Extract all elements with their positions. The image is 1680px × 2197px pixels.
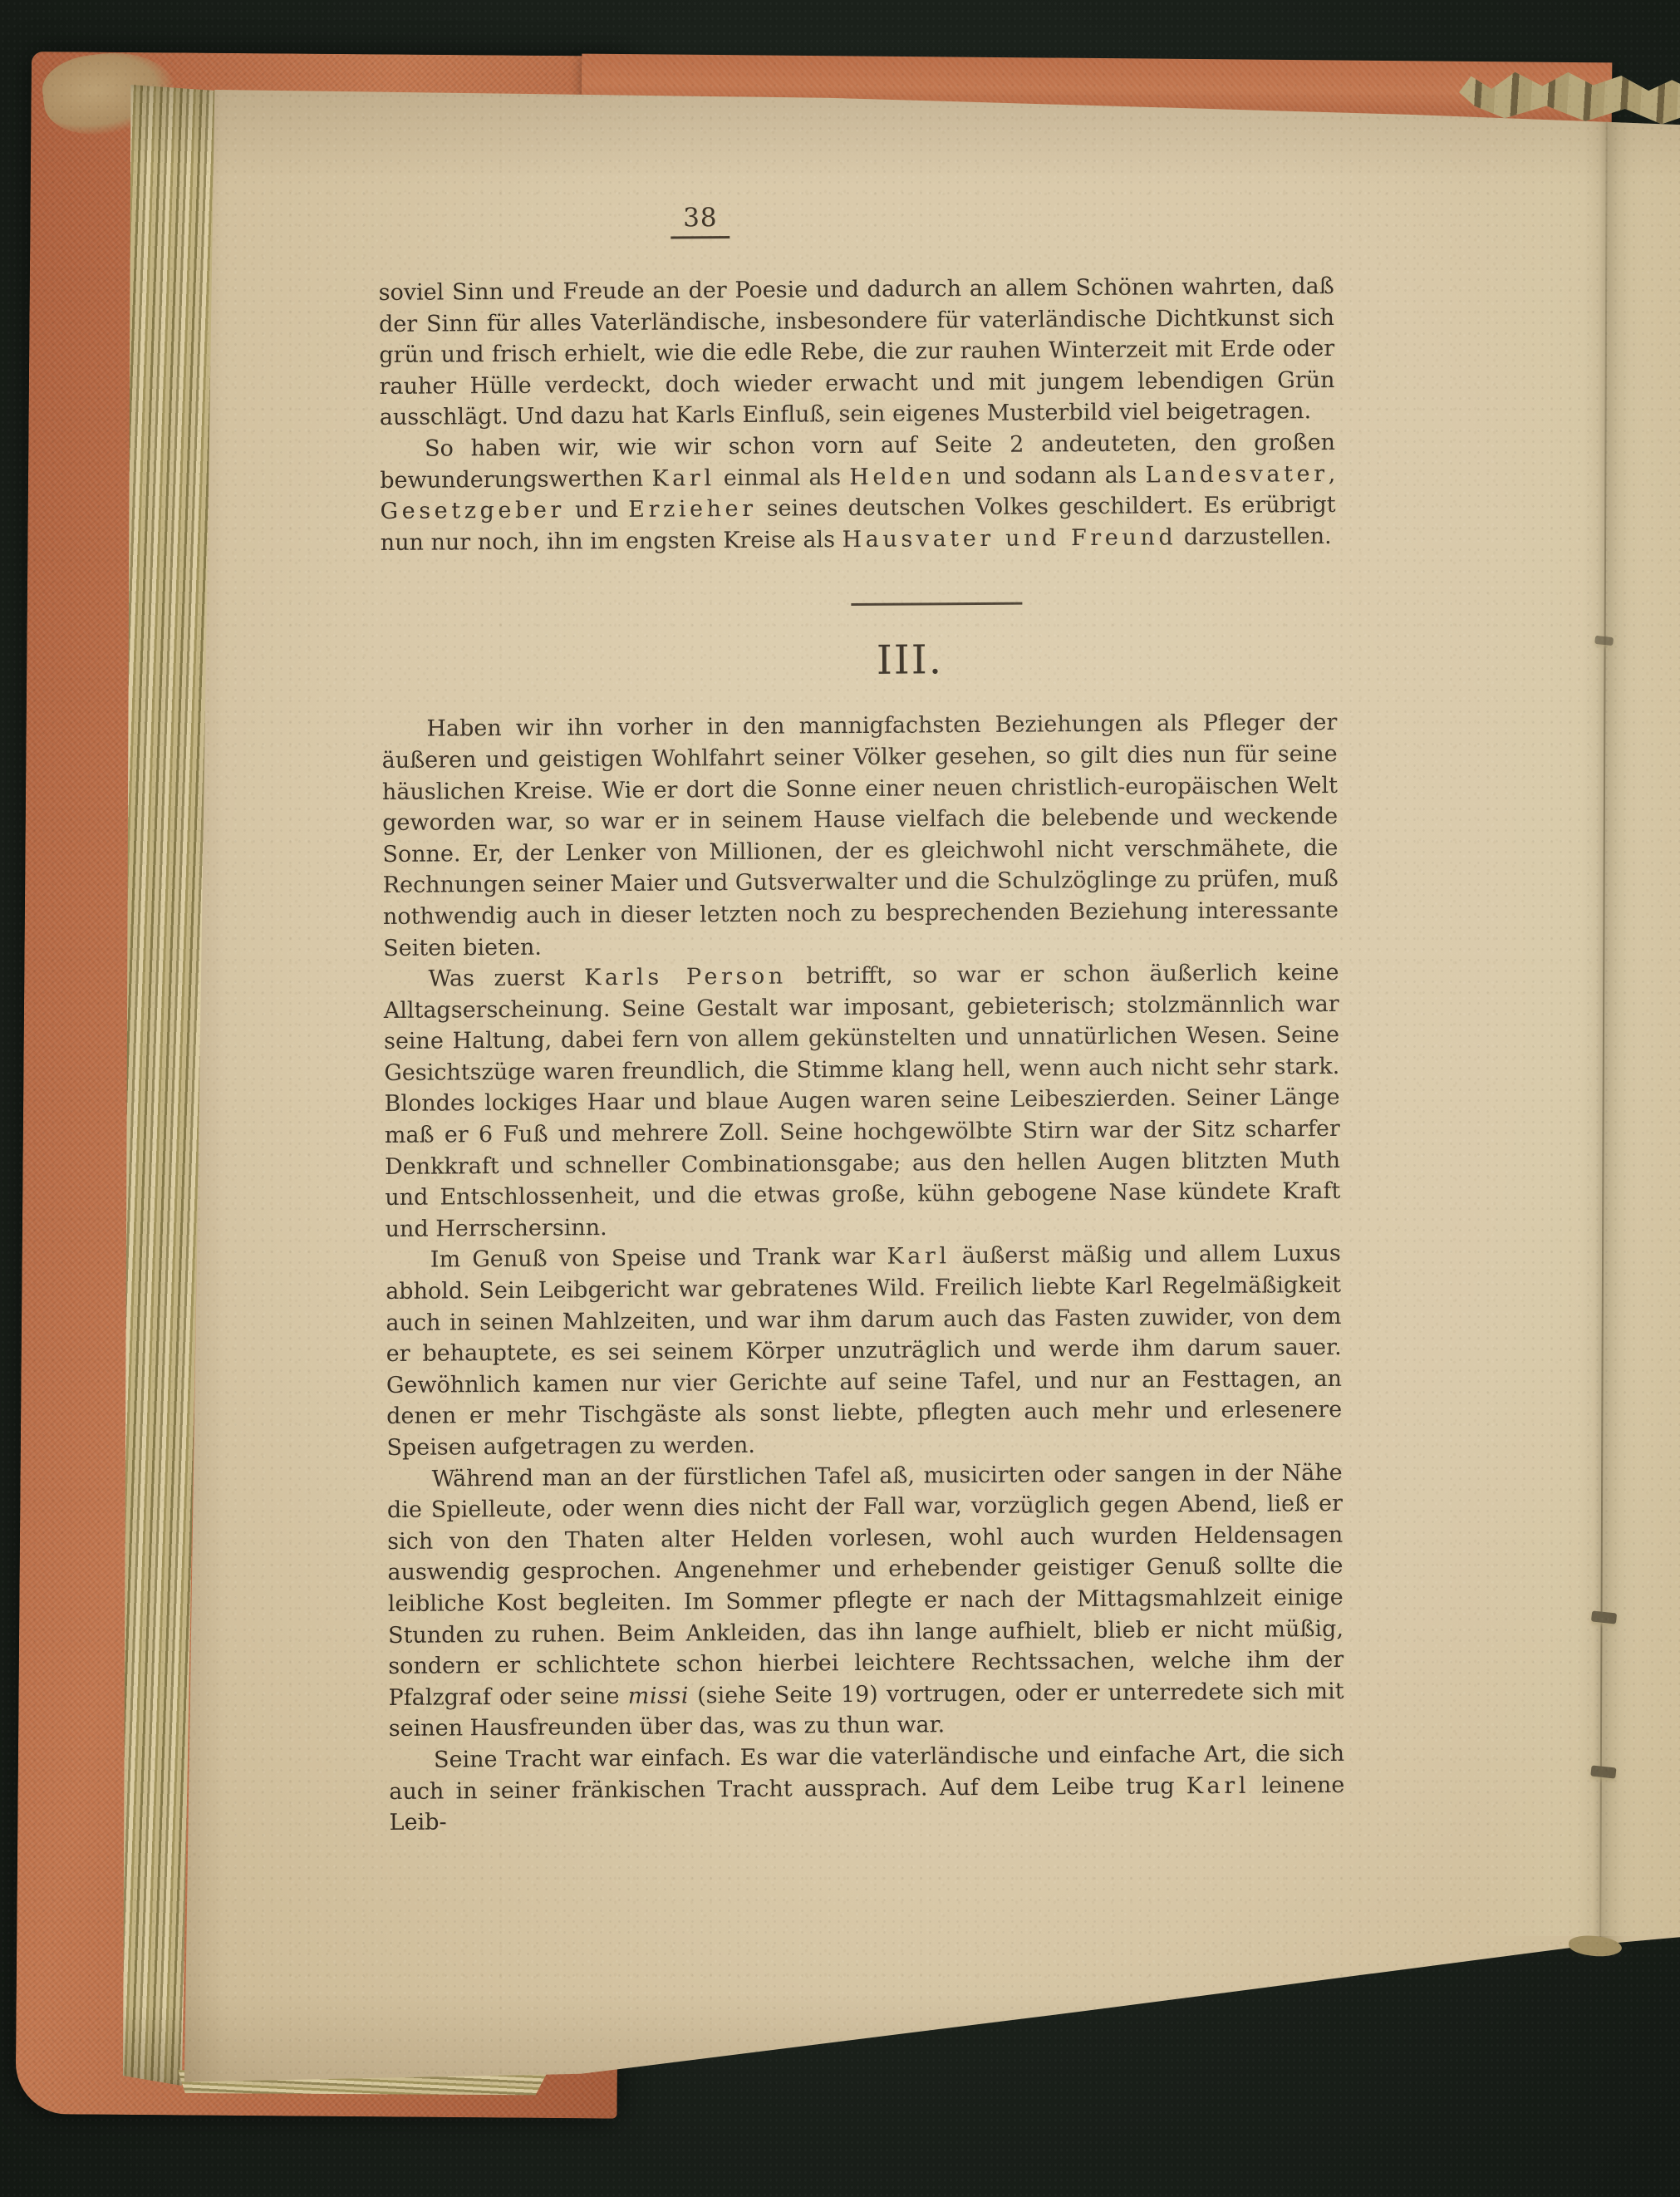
paragraph-text: betrifft, so war er schon äußerlich kein…: [384, 960, 1341, 1242]
paragraph: So haben wir, wie wir schon vorn auf Sei…: [380, 427, 1336, 558]
binding-stitch: [1590, 1765, 1616, 1778]
paragraph: Während man an der fürstlichen Tafel aß,…: [387, 1457, 1344, 1745]
binding-stitch: [1591, 1610, 1617, 1624]
paragraph-text: Was zuerst: [428, 965, 584, 991]
paragraph: Seine Tracht war einfach. Es war die vat…: [389, 1738, 1345, 1839]
paragraph: Im Genuß von Speise und Trank war Karl ä…: [386, 1238, 1343, 1463]
gutter-crease: [1577, 111, 1643, 1949]
page-number: 38: [671, 202, 730, 238]
book-photo-scene: 38 soviel Sinn und Freude an der Poesie …: [0, 0, 1680, 2197]
emphasized-word: Erzieher: [628, 496, 757, 523]
printed-text-block: 38 soviel Sinn und Freude an der Poesie …: [378, 198, 1345, 1839]
emphasized-name: Karl: [887, 1244, 950, 1271]
emphasized-name: Karl: [1186, 1772, 1250, 1799]
paragraph-text: Im Genuß von Speise und Trank war: [430, 1244, 887, 1273]
paragraph-text: ,: [1329, 461, 1336, 487]
paragraph: Haben wir ihn vorher in den mannigfachst…: [381, 707, 1339, 964]
paragraph-text: und: [565, 497, 628, 523]
emphasized-word: Gesetzgeber: [380, 498, 565, 525]
paragraph-text: soviel Sinn und Freude an der Poesie und…: [379, 273, 1335, 430]
emphasized-word: Helden: [849, 464, 955, 490]
latin-term: missi: [628, 1683, 690, 1709]
emphasized-name: Karls Person: [584, 964, 787, 991]
next-leaf-shading: [1472, 116, 1680, 1936]
paragraph-text: einmal als: [715, 464, 849, 491]
paragraph-text: äußerst mäßig und allem Luxus abhold. Se…: [386, 1241, 1342, 1461]
paragraph-text: Während man an der fürstlichen Tafel aß,…: [387, 1460, 1344, 1711]
paragraph-text: darzustellen.: [1176, 523, 1332, 550]
emphasized-phrase: Hausvater und Freund: [842, 524, 1176, 553]
paragraph-text: und sodann als: [955, 462, 1146, 489]
paragraph: Was zuerst Karls Person betrifft, so war…: [383, 957, 1340, 1245]
emphasized-name: Karl: [651, 465, 715, 492]
paragraph-continuation: soviel Sinn und Freude an der Poesie und…: [379, 271, 1335, 434]
binding-stitch: [1594, 636, 1614, 646]
emphasized-word: Landesvater: [1145, 461, 1328, 489]
paragraph-text: Haben wir ihn vorher in den mannigfachst…: [382, 710, 1339, 961]
section-heading: III.: [877, 639, 944, 683]
section-divider-rule: [851, 602, 1022, 606]
book-page: 38 soviel Sinn und Freude an der Poesie …: [166, 83, 1680, 2094]
